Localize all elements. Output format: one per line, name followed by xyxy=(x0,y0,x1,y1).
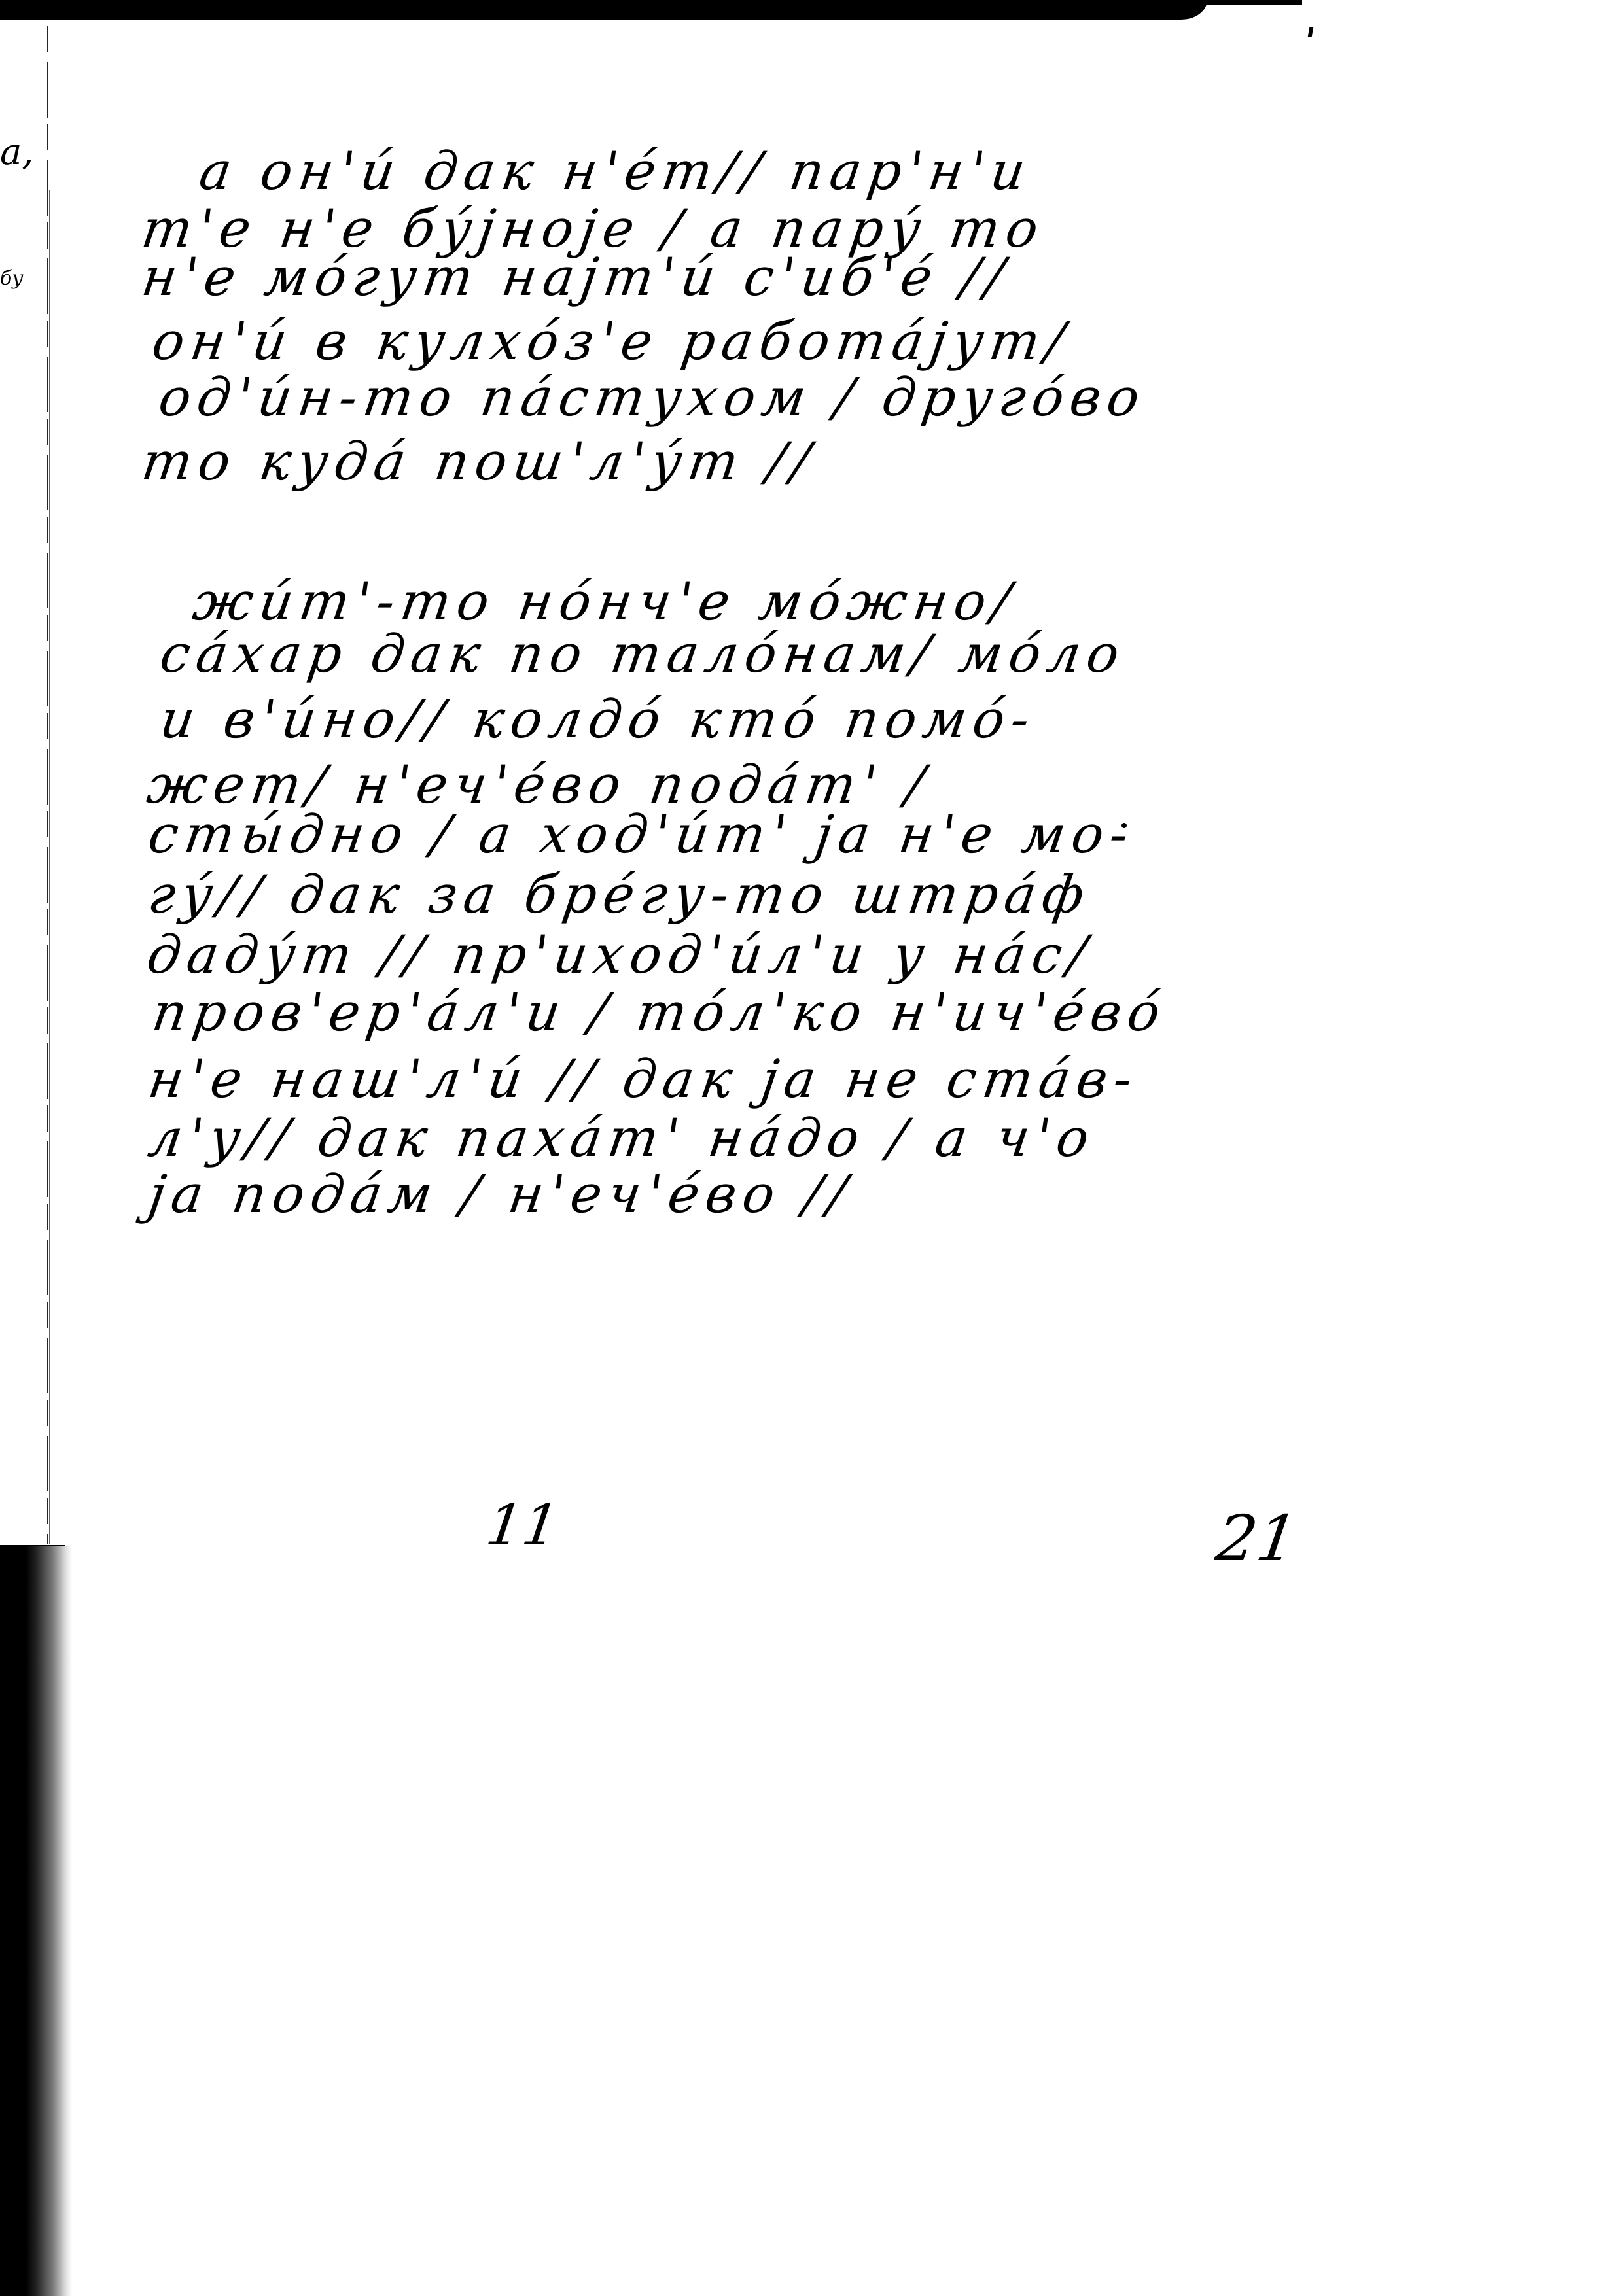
page-fold-line xyxy=(47,26,48,1544)
handwritten-line: л'у// дак паха́т' на́до / а ч'о xyxy=(145,1112,1099,1164)
handwritten-line: даду́т // пр'иход'и́л'и у на́с/ xyxy=(144,929,1096,981)
handwritten-line: од'и́н-то па́стухом / друго́во xyxy=(156,372,1149,424)
handwritten-line: ја пода́м / н'еч'е́во // xyxy=(145,1168,856,1221)
handwritten-line: то куда́ пош'л'у́т // xyxy=(139,436,820,488)
page-number-right: 21 xyxy=(1212,1502,1302,1575)
page-fold-line-lower xyxy=(49,190,50,1544)
handwritten-line: н'е мо́гут најт'и́ с'иб'е́ // xyxy=(139,251,1014,304)
handwritten-line: гу́// дак за бре́гу-то штра́ф xyxy=(145,869,1094,921)
page-number-left: 11 xyxy=(482,1493,563,1558)
scan-top-edge-shadow xyxy=(0,0,1207,20)
scan-edge-shadow xyxy=(0,1546,72,2296)
handwritten-line: н'е наш'л'и́ // дак ја не ста́в- xyxy=(145,1053,1142,1105)
handwritten-line: жи́т'-то но́нч'е мо́жно/ xyxy=(190,576,1020,628)
margin-fragment: а, xyxy=(0,131,33,173)
handwritten-line: сты́дно / а ход'и́т' ја н'е мо- xyxy=(145,809,1138,861)
handwritten-line: он'и́ в кулхо́з'е работа́јут/ xyxy=(149,315,1074,368)
ink-speck xyxy=(1121,823,1127,828)
handwritten-line: жет/ н'еч'е́во пода́т' / xyxy=(144,759,934,811)
handwritten-line: са́хар дак по тало́нам/ мо́ло xyxy=(157,628,1129,680)
handwritten-line: и в'и́но// колдо́ кто́ помо́- xyxy=(157,693,1039,746)
margin-fragment: бу xyxy=(0,267,24,290)
scan-corner-mark xyxy=(1308,27,1313,37)
scanned-page: а, бу а он'и́ дак н'е́т// пар'н'и т'е н'… xyxy=(0,0,1607,2296)
handwritten-line: пров'ер'а́л'и / то́л'ко н'ич'е́во́ xyxy=(149,986,1170,1039)
handwritten-line: а он'и́ дак н'е́т// пар'н'и xyxy=(196,145,1035,198)
